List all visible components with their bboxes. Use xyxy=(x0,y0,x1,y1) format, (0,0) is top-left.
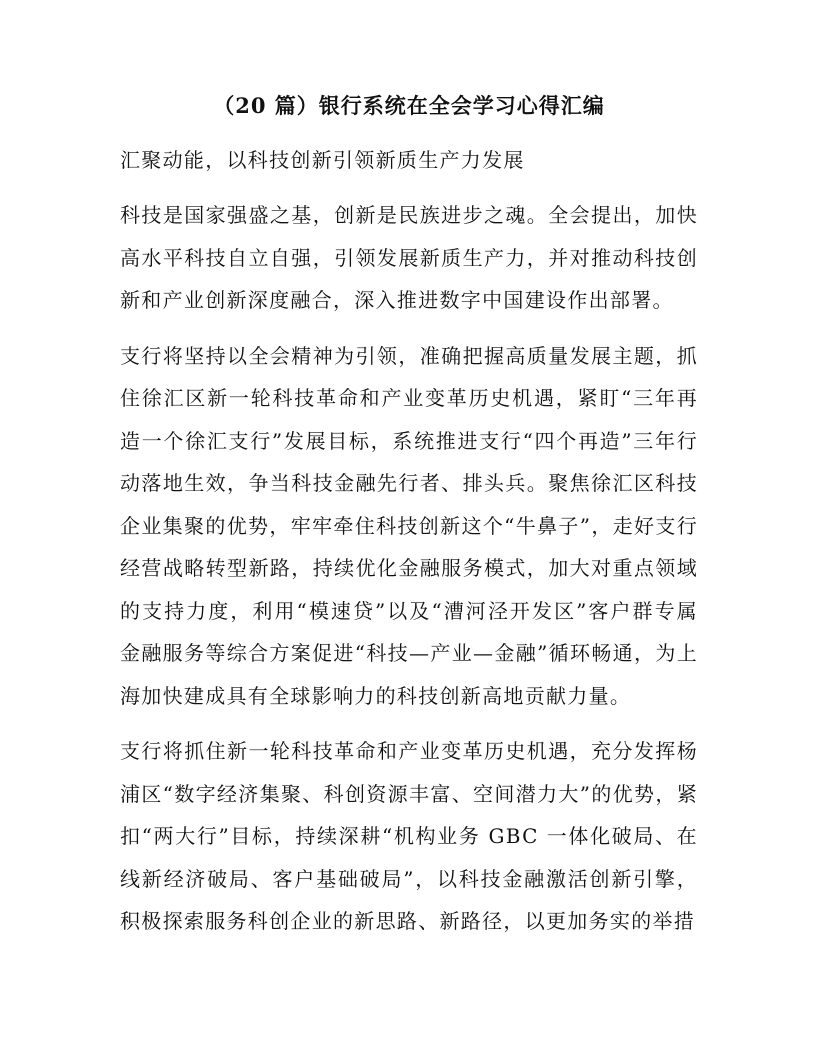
document-page: （20 篇）银行系统在全会学习心得汇编 汇聚动能，以科技创新引领新质生产力发展 … xyxy=(0,0,816,1056)
document-title: （20 篇）银行系统在全会学习心得汇编 xyxy=(120,84,698,127)
document-subtitle: 汇聚动能，以科技创新引领新质生产力发展 xyxy=(120,139,698,182)
paragraph-intro: 科技是国家强盛之基，创新是民族进步之魂。全会提出，加快高水平科技自立自强，引领发… xyxy=(120,194,698,322)
paragraph-yangpu-branch: 支行将抓住新一轮科技革命和产业变革历史机遇，充分发挥杨浦区“数字经济集聚、科创资… xyxy=(120,730,698,943)
paragraph-xuhui-branch: 支行将坚持以全会精神为引领，准确把握高质量发展主题，抓住徐汇区新一轮科技革命和产… xyxy=(120,335,698,718)
